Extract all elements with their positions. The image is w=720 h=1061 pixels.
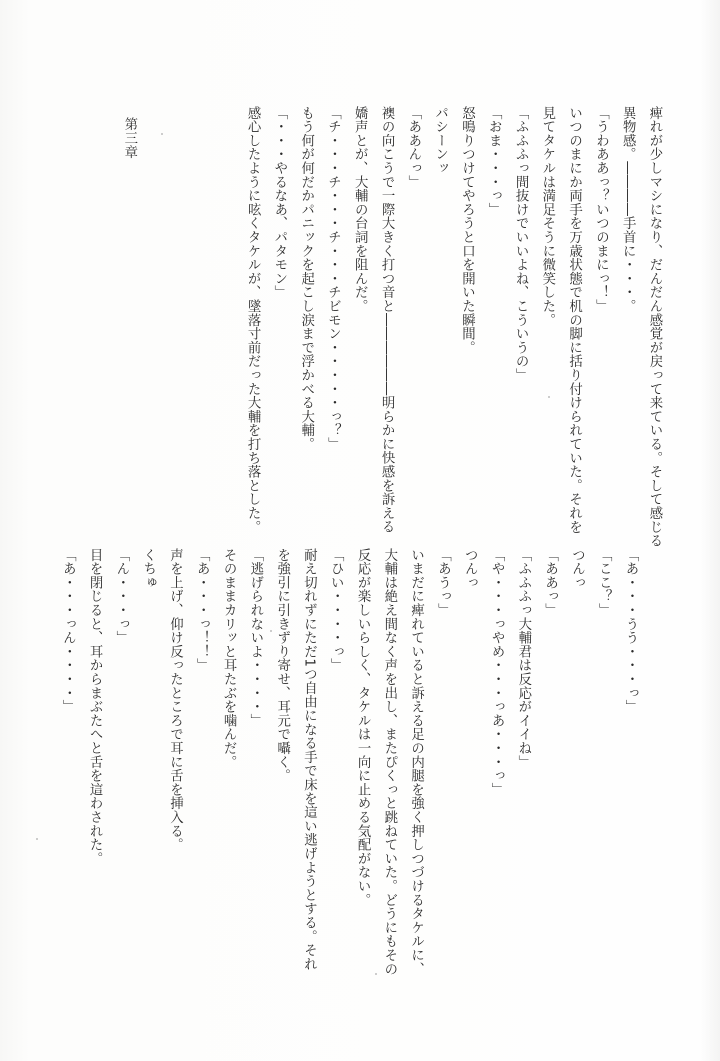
- text-line: 反応が楽しいらしく、タケルは一向に止める気配がない。: [348, 548, 375, 968]
- text-block-lower: 「あ・・・うう・・・っ」 「ここ？」 つんっ 「ああっ」 「ふふふっ大輔君は反応…: [53, 548, 643, 968]
- text-line: を強引に引きずり寄せ、耳元で囁く。: [268, 548, 295, 968]
- text-line: 目を閉じると、耳からまぶたへと舌を這わされた。: [80, 548, 107, 968]
- text-line: パシーンッ: [426, 106, 453, 526]
- text-line: 「おま・・・っ」: [479, 106, 506, 526]
- text-line: 「ん・・・っ」: [107, 548, 134, 968]
- text-block-upper: 痺れが少しマシになり、だんだん感覚が戻って来ている。そして感じる 異物感。―――…: [238, 106, 667, 526]
- text-line: 「逃げられないよ・・・・」: [241, 548, 268, 968]
- text-line: 怒鳴りつけてやろうと口を開いた瞬間。: [453, 106, 480, 526]
- scan-speck: [161, 133, 163, 135]
- scan-speck: [270, 630, 272, 632]
- text-line: 痺れが少しマシになり、だんだん感覚が戻って来ている。そして感じる: [640, 106, 667, 526]
- scan-speck: [548, 396, 550, 398]
- text-line: 「あ・・・っ！！」: [187, 548, 214, 968]
- text-line: 「・・・やるなあ、パタモン」: [265, 106, 292, 526]
- chapter-heading: 第三章: [115, 117, 142, 159]
- scanned-page: 痺れが少しマシになり、だんだん感覚が戻って来ている。そして感じる 異物感。―――…: [0, 0, 720, 1061]
- text-line: 異物感。――――手首に・・・。: [613, 106, 640, 526]
- text-line: 「あうっ」: [429, 548, 456, 968]
- text-line: 「ああっ」: [536, 548, 563, 968]
- text-line: 「ここ？」: [589, 548, 616, 968]
- text-line: そのままカリッと耳たぶを噛んだ。: [214, 548, 241, 968]
- text-line: 「ふふふっ大輔君は反応がイイね」: [509, 548, 536, 968]
- text-line: 「あ・・・っん・・・・」: [53, 548, 80, 968]
- text-line: つんっ: [563, 548, 590, 968]
- text-line: 「や・・・っやめ・・・っあ・・・っ」: [482, 548, 509, 968]
- text-line: 「ふふふっ間抜けでいいよね、こういうの」: [506, 106, 533, 526]
- text-line: もう何が何だかパニックを起こし涙まで浮かべる大輔。: [292, 106, 319, 526]
- text-line: 嬌声とが、大輔の台詞を阻んだ。: [345, 106, 372, 526]
- text-line: 「うわああっ？いつのまにっ！」: [587, 106, 614, 526]
- text-line: 襖の向こうで一際大きく打つ音と――――――明らかに快感を訴える: [372, 106, 399, 526]
- text-line: いまだに痺れていると訴える足の内腿を強く押しつづけるタケルに、: [402, 548, 429, 968]
- text-line: 大輔は絶え間なく声を出し、またぴくっと跳ねていた。どうにもその: [375, 548, 402, 968]
- text-line: 声を上げ、仰け反ったところで耳に舌を挿入る。: [161, 548, 188, 968]
- text-line: 「あ・・・うう・・・っ」: [616, 548, 643, 968]
- text-line: 耐え切れずにただ1つ自由になる手で床を這い逃げようとする。それ: [295, 548, 322, 968]
- text-line: いつのまにか両手を万歳状態で机の脚に括り付けられていた。それを: [560, 106, 587, 526]
- scan-speck: [375, 973, 377, 975]
- text-line: 「チ・・・チ・・・チ・・・チビモン・・・・・っ？」: [319, 106, 346, 526]
- text-line: くちゅ: [134, 548, 161, 968]
- text-line: 「ああんっ」: [399, 106, 426, 526]
- text-line: 「ひい・・・・っ」: [321, 548, 348, 968]
- text-line: 見てタケルは満足そうに微笑した。: [533, 106, 560, 526]
- scan-speck: [36, 838, 38, 840]
- text-line: 感心したように呟くタケルが、墜落寸前だった大輔を打ち落とした。: [238, 106, 265, 526]
- text-line: つんっ: [455, 548, 482, 968]
